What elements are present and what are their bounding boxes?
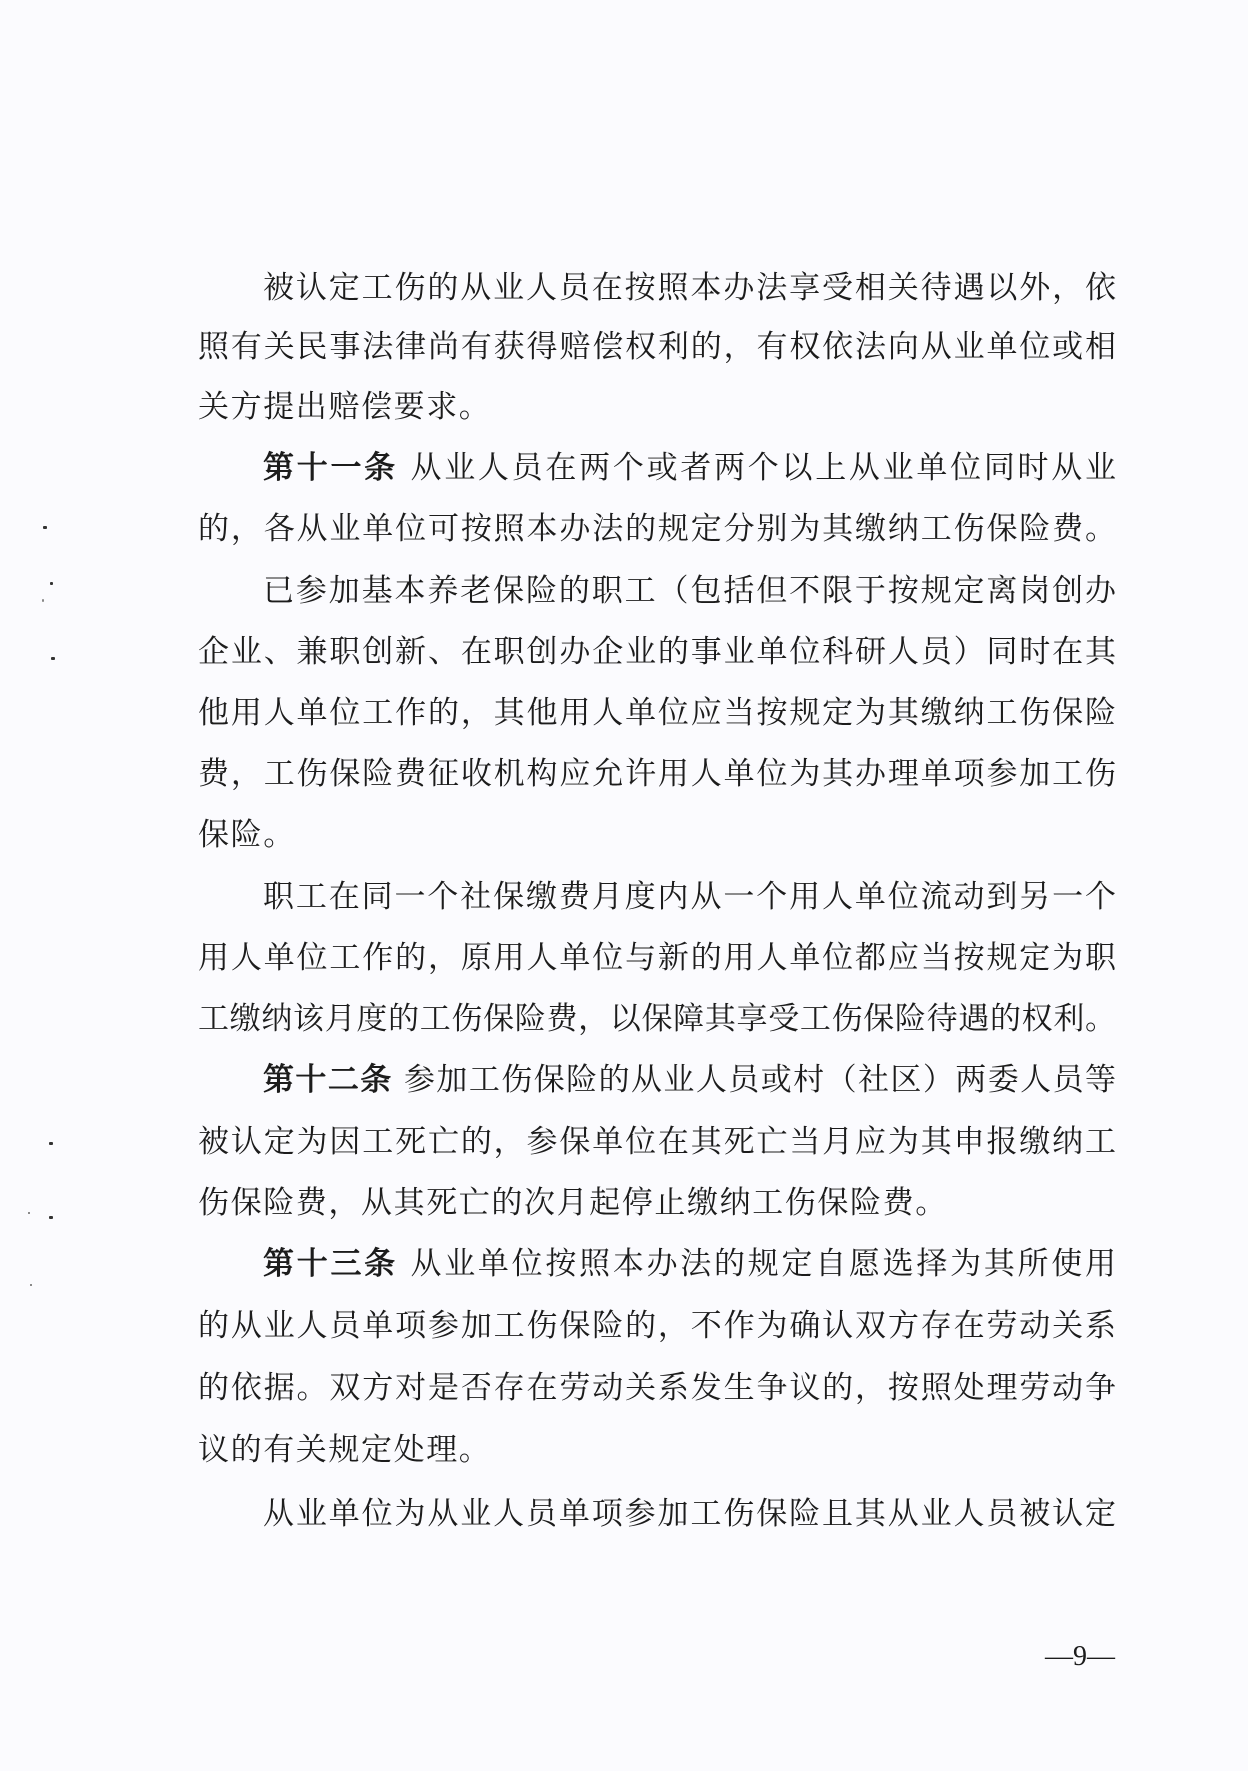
scan-speck: [49, 1216, 53, 1219]
text-line: 关方提出赔偿要求。: [198, 387, 1116, 427]
text-line: 被认定工伤的从业人员在按照本办法享受相关待遇以外，依: [263, 268, 1116, 308]
scan-speck: [42, 599, 44, 602]
text-line: 他用人单位工作的，其他用人单位应当按规定为其缴纳工伤保险: [198, 693, 1116, 733]
text-line: 保险。: [198, 815, 1116, 855]
text-line: 的，各从业单位可按照本办法的规定分别为其缴纳工伤保险费。: [198, 509, 1116, 549]
scan-speck: [28, 1212, 30, 1214]
text-line: 伤保险费，从其死亡的次月起停止缴纳工伤保险费。: [198, 1183, 1116, 1223]
article-heading: 第十三条: [263, 1246, 398, 1282]
article-11-line: 第十一条 从业人员在两个或者两个以上从业单位同时从业: [263, 448, 1116, 488]
article-heading: 第十二条: [263, 1062, 393, 1098]
article-12-line: 第十二条 参加工伤保险的从业人员或村（社区）两委人员等: [263, 1060, 1116, 1100]
article-heading: 第十一条: [263, 450, 398, 486]
text-line: 从业单位为从业人员单项参加工伤保险且其从业人员被认定: [263, 1494, 1116, 1534]
article-text: 参加工伤保险的从业人员或村（社区）两委人员等: [393, 1062, 1116, 1098]
text-line: 职工在同一个社保缴费月度内从一个用人单位流动到另一个: [263, 877, 1116, 917]
text-line: 议的有关规定处理。: [198, 1430, 1116, 1470]
scan-speck: [30, 1284, 32, 1286]
text-line: 的依据。双方对是否存在劳动关系发生争议的，按照处理劳动争: [198, 1368, 1116, 1408]
text-line: 被认定为因工死亡的，参保单位在其死亡当月应为其申报缴纳工: [198, 1122, 1116, 1162]
article-13-line: 第十三条 从业单位按照本办法的规定自愿选择为其所使用: [263, 1244, 1116, 1284]
document-page: 被认定工伤的从业人员在按照本办法享受相关待遇以外，依 照有关民事法律尚有获得赔偿…: [0, 0, 1248, 1771]
text-line: 费，工伤保险费征收机构应允许用人单位为其办理单项参加工伤: [198, 754, 1116, 794]
article-text: 从业人员在两个或者两个以上从业单位同时从业: [398, 450, 1116, 486]
page-number: —9—: [1040, 1640, 1120, 1674]
article-text: 从业单位按照本办法的规定自愿选择为其所使用: [398, 1246, 1116, 1282]
text-line: 用人单位工作的，原用人单位与新的用人单位都应当按规定为职: [198, 938, 1116, 978]
scan-speck: [51, 657, 55, 660]
text-line: 已参加基本养老保险的职工（包括但不限于按规定离岗创办: [263, 571, 1116, 611]
scan-speck: [43, 526, 47, 529]
scan-speck: [50, 582, 53, 585]
text-line: 企业、兼职创新、在职创办企业的事业单位科研人员）同时在其: [198, 632, 1116, 672]
text-line: 照有关民事法律尚有获得赔偿权利的，有权依法向从业单位或相: [198, 327, 1116, 367]
scan-speck: [49, 1142, 53, 1145]
text-line: 的从业人员单项参加工伤保险的，不作为确认双方存在劳动关系: [198, 1306, 1116, 1346]
text-line: 工缴纳该月度的工伤保险费，以保障其享受工伤保险待遇的权利。: [198, 999, 1116, 1039]
